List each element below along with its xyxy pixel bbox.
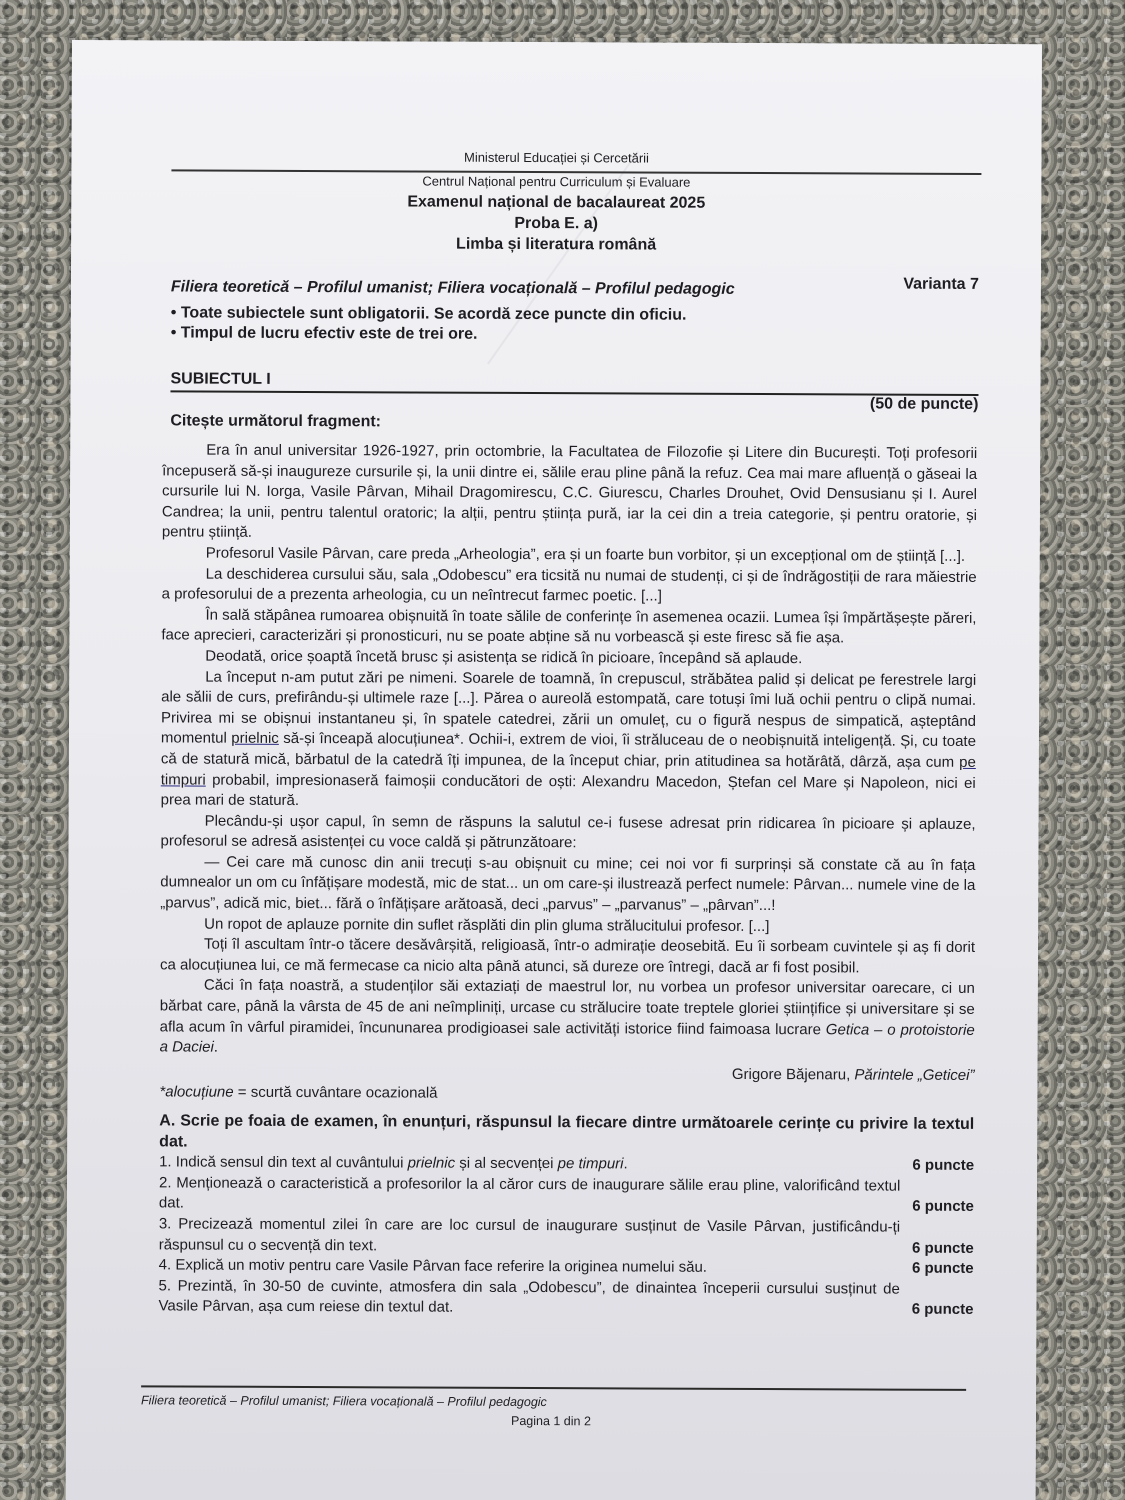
rule-1: • Toate subiectele sunt obligatorii. Se … — [171, 304, 687, 324]
question-3: 3. Precizează momentul zilei în care are… — [159, 1214, 974, 1259]
footnote-definition: = scurtă cuvântare ocazională — [234, 1084, 438, 1102]
text-span: . — [623, 1156, 627, 1173]
rule-2: • Timpul de lucru efectiv este de trei o… — [171, 324, 478, 343]
question-5: 5. Prezintă, în 30-50 de cuvinte, atmosf… — [158, 1276, 973, 1321]
author: Grigore Băjenaru, — [732, 1066, 855, 1084]
italic-term: prielnic — [408, 1155, 456, 1172]
paragraph: Plecându-și ușor capul, în semn de răspu… — [160, 811, 975, 856]
task-a-heading: A. Scrie pe foaia de examen, în enunțuri… — [159, 1111, 974, 1156]
question-text: 1. Indică sensul din text al cuvântului … — [159, 1153, 628, 1176]
section-points: (50 de puncte) — [870, 395, 979, 413]
question-points: 6 puncte — [912, 1259, 974, 1280]
paragraph: În sală stăpânea rumoarea obișnuită în t… — [161, 605, 976, 650]
source-work: Părintele „Geticei” — [854, 1066, 974, 1084]
paragraph: Era în anul universitar 1926-1927, prin … — [162, 440, 977, 547]
text-span: 1. Indică sensul din text al cuvântului — [159, 1154, 408, 1172]
italic-term: pe timpuri — [558, 1155, 624, 1172]
read-instruction: Citește următorul fragment: — [170, 412, 381, 431]
question-text: 2. Menționează o caracteristică a profes… — [159, 1173, 900, 1217]
question-text: 4. Explică un motiv pentru care Vasile P… — [159, 1256, 707, 1279]
section-title: SUBIECTUL I — [170, 370, 270, 388]
paragraph: La început n-am putut zări pe nimeni. So… — [161, 667, 977, 815]
paragraph: Căci în fața noastră, a studenților săi … — [160, 976, 975, 1062]
footer-divider — [141, 1385, 966, 1390]
ministry-name: Ministerul Educației și Cercetării — [71, 148, 1041, 168]
paragraph: Deodată, orice șoaptă încetă brusc și as… — [161, 646, 976, 670]
paragraph: Toți îl ascultam într-o tăcere desăvârși… — [160, 935, 975, 980]
filiera-label: Filiera teoretică – Profilul umanist; Fi… — [171, 278, 735, 298]
paragraph: Profesorul Vasile Pârvan, care preda „Ar… — [162, 543, 977, 567]
text-span: probabil, impresionaseră faimoșii conduc… — [161, 771, 976, 809]
varianta-label: Varianta 7 — [903, 276, 979, 294]
text-span: să-și înceapă alocuțiunea*. Ochii-i, ext… — [161, 730, 976, 771]
question-text: 5. Prezintă, în 30-50 de cuvinte, atmosf… — [158, 1276, 899, 1320]
question-points: 6 puncte — [912, 1156, 974, 1177]
footnote: *alocuțiune = scurtă cuvântare ocazional… — [159, 1083, 974, 1107]
page-number: Pagina 1 din 2 — [66, 1412, 1036, 1430]
question-2: 2. Menționează o caracteristică a profes… — [159, 1173, 974, 1218]
question-points: 6 puncte — [912, 1300, 974, 1321]
text-span: . — [214, 1039, 218, 1056]
question-text: 3. Precizează momentul zilei în care are… — [159, 1214, 900, 1258]
footer-filiera: Filiera teoretică – Profilul umanist; Fi… — [141, 1393, 547, 1409]
fragment-text: Era în anul universitar 1926-1927, prin … — [158, 440, 977, 1320]
text-span: și al secvenței — [455, 1155, 558, 1172]
question-points: 6 puncte — [912, 1238, 974, 1259]
exam-paper: Ministerul Educației și Cercetării Centr… — [66, 40, 1042, 1500]
exam-subject: Limba și literatura română — [71, 232, 1041, 257]
question-points: 6 puncte — [912, 1197, 974, 1218]
paragraph: — Cei care mă cunosc din anii trecuți s-… — [160, 852, 975, 917]
underlined-word-prielnic: prielnic — [231, 730, 279, 747]
center-name: Centrul Național pentru Curriculum și Ev… — [71, 172, 1041, 192]
footnote-term: *alocuțiune — [159, 1084, 233, 1101]
paragraph: La deschiderea cursului său, sala „Odobe… — [162, 564, 977, 609]
